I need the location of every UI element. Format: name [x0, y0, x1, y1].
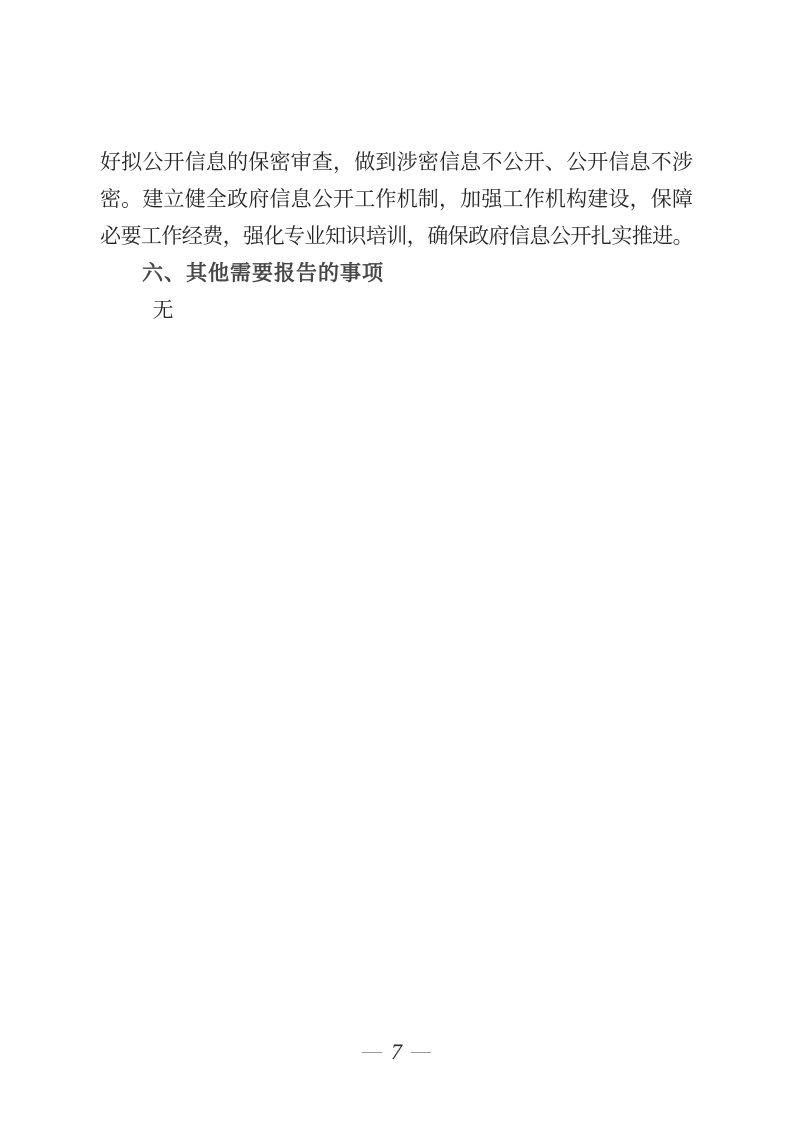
document-body: 好拟公开信息的保密审查，做到涉密信息不公开、公开信息不涉 密。建立健全政府信息公… — [100, 144, 693, 329]
paragraph-line-2: 密。建立健全政府信息公开工作机制，加强工作机构建设，保障 — [100, 181, 693, 218]
page-number: 7 — [391, 1039, 402, 1064]
footer-dash-left: — — [362, 1040, 382, 1062]
footer-dash-right: — — [411, 1040, 431, 1062]
paragraph-line-1: 好拟公开信息的保密审查，做到涉密信息不公开、公开信息不涉 — [100, 144, 693, 181]
page-footer: —7— — [0, 1038, 793, 1068]
section-body-text: 无 — [100, 292, 693, 329]
document-page: 好拟公开信息的保密审查，做到涉密信息不公开、公开信息不涉 密。建立健全政府信息公… — [0, 0, 793, 1122]
paragraph-line-3: 必要工作经费，强化专业知识培训，确保政府信息公开扎实推进。 — [100, 218, 693, 255]
section-heading: 六、其他需要报告的事项 — [100, 255, 693, 292]
